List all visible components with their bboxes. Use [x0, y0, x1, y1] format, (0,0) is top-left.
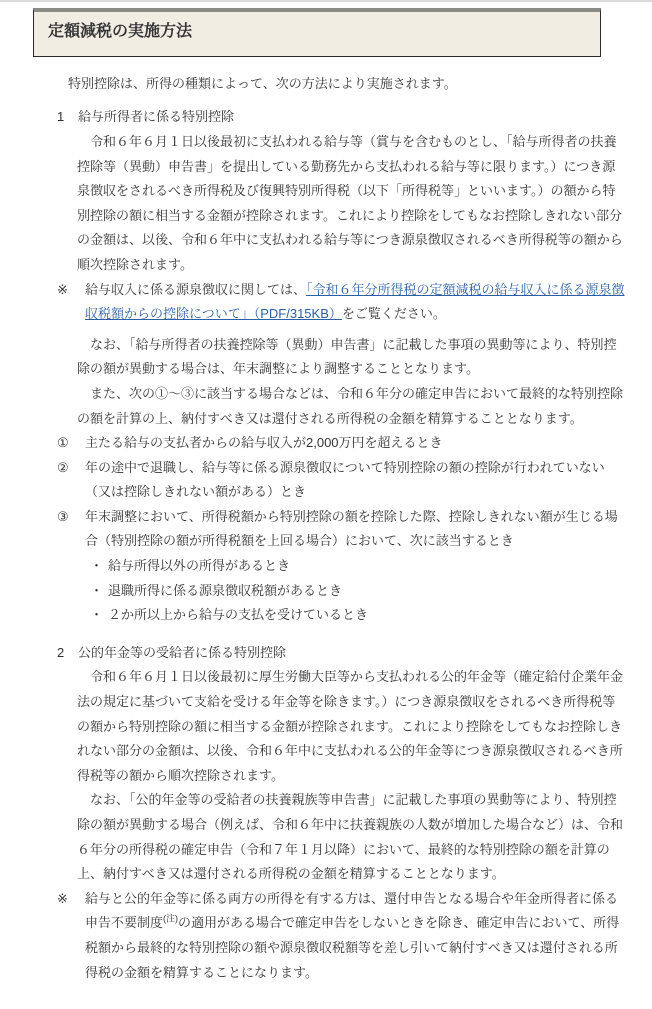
bullet-marker: ・ [90, 554, 108, 579]
section2-title: 公的年金等の受給者に係る特別控除 [78, 641, 286, 666]
section1-title: 給与所得者に係る特別控除 [78, 105, 234, 130]
bullet-item-1: ・ 給与所得以外の所得があるとき [90, 554, 625, 579]
section1-note: ※ 給与収入に係る源泉徴収に関しては、「令和６年分所得税の定額減税の給与収入に係… [57, 278, 625, 327]
section1-heading: 1 給与所得者に係る特別控除 [57, 105, 625, 130]
bullet-marker: ・ [90, 579, 108, 604]
section2-note: ※ 給与と公的年金等に係る両方の所得を有する方は、還付申告となる場合や年金所得者… [57, 887, 625, 985]
reference-mark: ※ [57, 278, 85, 327]
section1-number: 1 [57, 105, 78, 130]
intro-text: 特別控除は、所得の種類によって、次の方法により実施されます。 [55, 72, 625, 97]
section1-paragraph-2: なお、「給与所得者の扶養控除等（異動）申告書」に記載した事項の異動等により、特別… [77, 333, 625, 382]
numbered-item-3-text: 年末調整において、所得税額から特別控除の額を控除した際、控除しきれない額が生じる… [85, 505, 625, 554]
bullet-item-2-text: 退職所得に係る源泉徴収税額があるとき [108, 579, 625, 604]
section1-paragraph-3: また、次の①～③に該当する場合などは、令和６年分の確定申告において最終的な特別控… [77, 382, 625, 431]
section1-note-text-before: 給与収入に係る源泉徴収に関しては、 [85, 282, 306, 297]
numbered-item-3: ③ 年末調整において、所得税額から特別控除の額を控除した際、控除しきれない額が生… [57, 505, 625, 554]
bullet-item-1-text: 給与所得以外の所得があるとき [108, 554, 625, 579]
numbered-item-1: ① 主たる給与の支払者からの給与収入が2,000万円を超えるとき [57, 431, 625, 456]
section2: 2 公的年金等の受給者に係る特別控除 令和６年６月１日以後最初に厚生労働大臣等か… [55, 641, 625, 985]
numbered-item-2-text: 年の途中で退職し、給与等に係る源泉徴収について特別控除の額の控除が行われていない… [85, 456, 625, 505]
section2-paragraph-1: 令和６年６月１日以後最初に厚生労働大臣等から支払われる公的年金等（確定給付企業年… [77, 665, 625, 788]
numbered-item-1-text: 主たる給与の支払者からの給与収入が2,000万円を超えるとき [85, 431, 625, 456]
circled-3-marker: ③ [57, 505, 85, 554]
reference-mark: ※ [57, 887, 85, 985]
section2-number: 2 [57, 641, 78, 666]
circled-2-marker: ② [57, 456, 85, 505]
document-body: 特別控除は、所得の種類によって、次の方法により実施されます。 1 給与所得者に係… [0, 57, 652, 1009]
section1-paragraph-1: 令和６年６月１日以後最初に支払われる給与等（賞与を含むものとし、「給与所得者の扶… [77, 130, 625, 278]
section2-note-text-after: の適用がある場合で確定申告をしないときを除き、確定申告において、所得税額から最終… [85, 915, 619, 979]
section2-heading: 2 公的年金等の受給者に係る特別控除 [57, 641, 625, 666]
page: 定額減税の実施方法 特別控除は、所得の種類によって、次の方法により実施されます。… [0, 0, 652, 1009]
bullet-item-3-text: ２か所以上から給与の支払を受けているとき [108, 603, 625, 628]
section1-note-body: 給与収入に係る源泉徴収に関しては、「令和６年分所得税の定額減税の給与収入に係る源… [85, 278, 625, 327]
numbered-item-2: ② 年の途中で退職し、給与等に係る源泉徴収について特別控除の額の控除が行われてい… [57, 456, 625, 505]
footnote-ref: (注) [163, 914, 178, 924]
top-divider [0, 0, 652, 2]
circled-1-marker: ① [57, 431, 85, 456]
section2-note-body: 給与と公的年金等に係る両方の所得を有する方は、還付申告となる場合や年金所得者に係… [85, 887, 625, 985]
bullet-item-3: ・ ２か所以上から給与の支払を受けているとき [90, 603, 625, 628]
bullet-marker: ・ [90, 603, 108, 628]
page-title: 定額減税の実施方法 [33, 8, 601, 57]
bullet-item-2: ・ 退職所得に係る源泉徴収税額があるとき [90, 579, 625, 604]
section2-paragraph-2: なお、「公的年金等の受給者の扶養親族等申告書」に記載した事項の異動等により、特別… [77, 788, 625, 886]
section1-note-text-after: をご覧ください。 [342, 306, 446, 321]
